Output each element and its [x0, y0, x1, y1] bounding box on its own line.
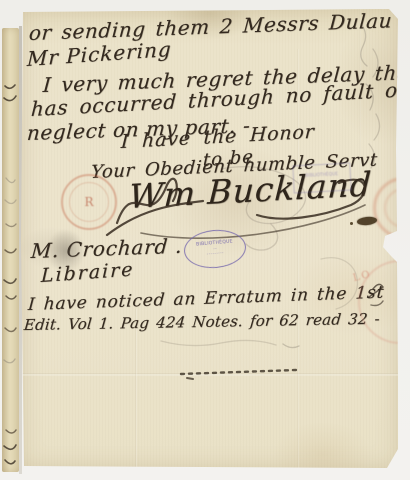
horizontal-fold-crease	[21, 373, 398, 376]
edge-writing-fragments	[2, 28, 19, 472]
postal-stamp-letter: R	[84, 195, 93, 209]
facing-page-edge	[2, 28, 19, 472]
postscript-line: Edit. Vol 1. Pag 424 Notes. for 62 read …	[23, 310, 380, 334]
partial-red-stamp	[373, 177, 410, 239]
vertical-fold-crease	[135, 309, 137, 468]
letter-page: or sending them 2 Messrs Dulau to Mr Pic…	[21, 9, 398, 468]
vertical-fold-crease	[297, 49, 299, 468]
ink-blot	[350, 222, 353, 225]
stamp-text: ·······	[318, 178, 326, 183]
ink-blot	[357, 216, 378, 226]
letter-line: or sending them 2 Messrs Dulau to	[28, 7, 410, 45]
faint-library-box-stamp: BIBLIOTHÈQUE ·······	[292, 163, 351, 194]
ink-smudge	[47, 229, 85, 273]
stamp-text: ·········	[207, 250, 225, 257]
red-postal-stamp: R	[61, 174, 117, 230]
scanned-letter: or sending them 2 Messrs Dulau to Mr Pic…	[0, 0, 410, 480]
library-oval-stamp: BIBLIOTHÈQUE ··· ·········	[182, 227, 247, 270]
